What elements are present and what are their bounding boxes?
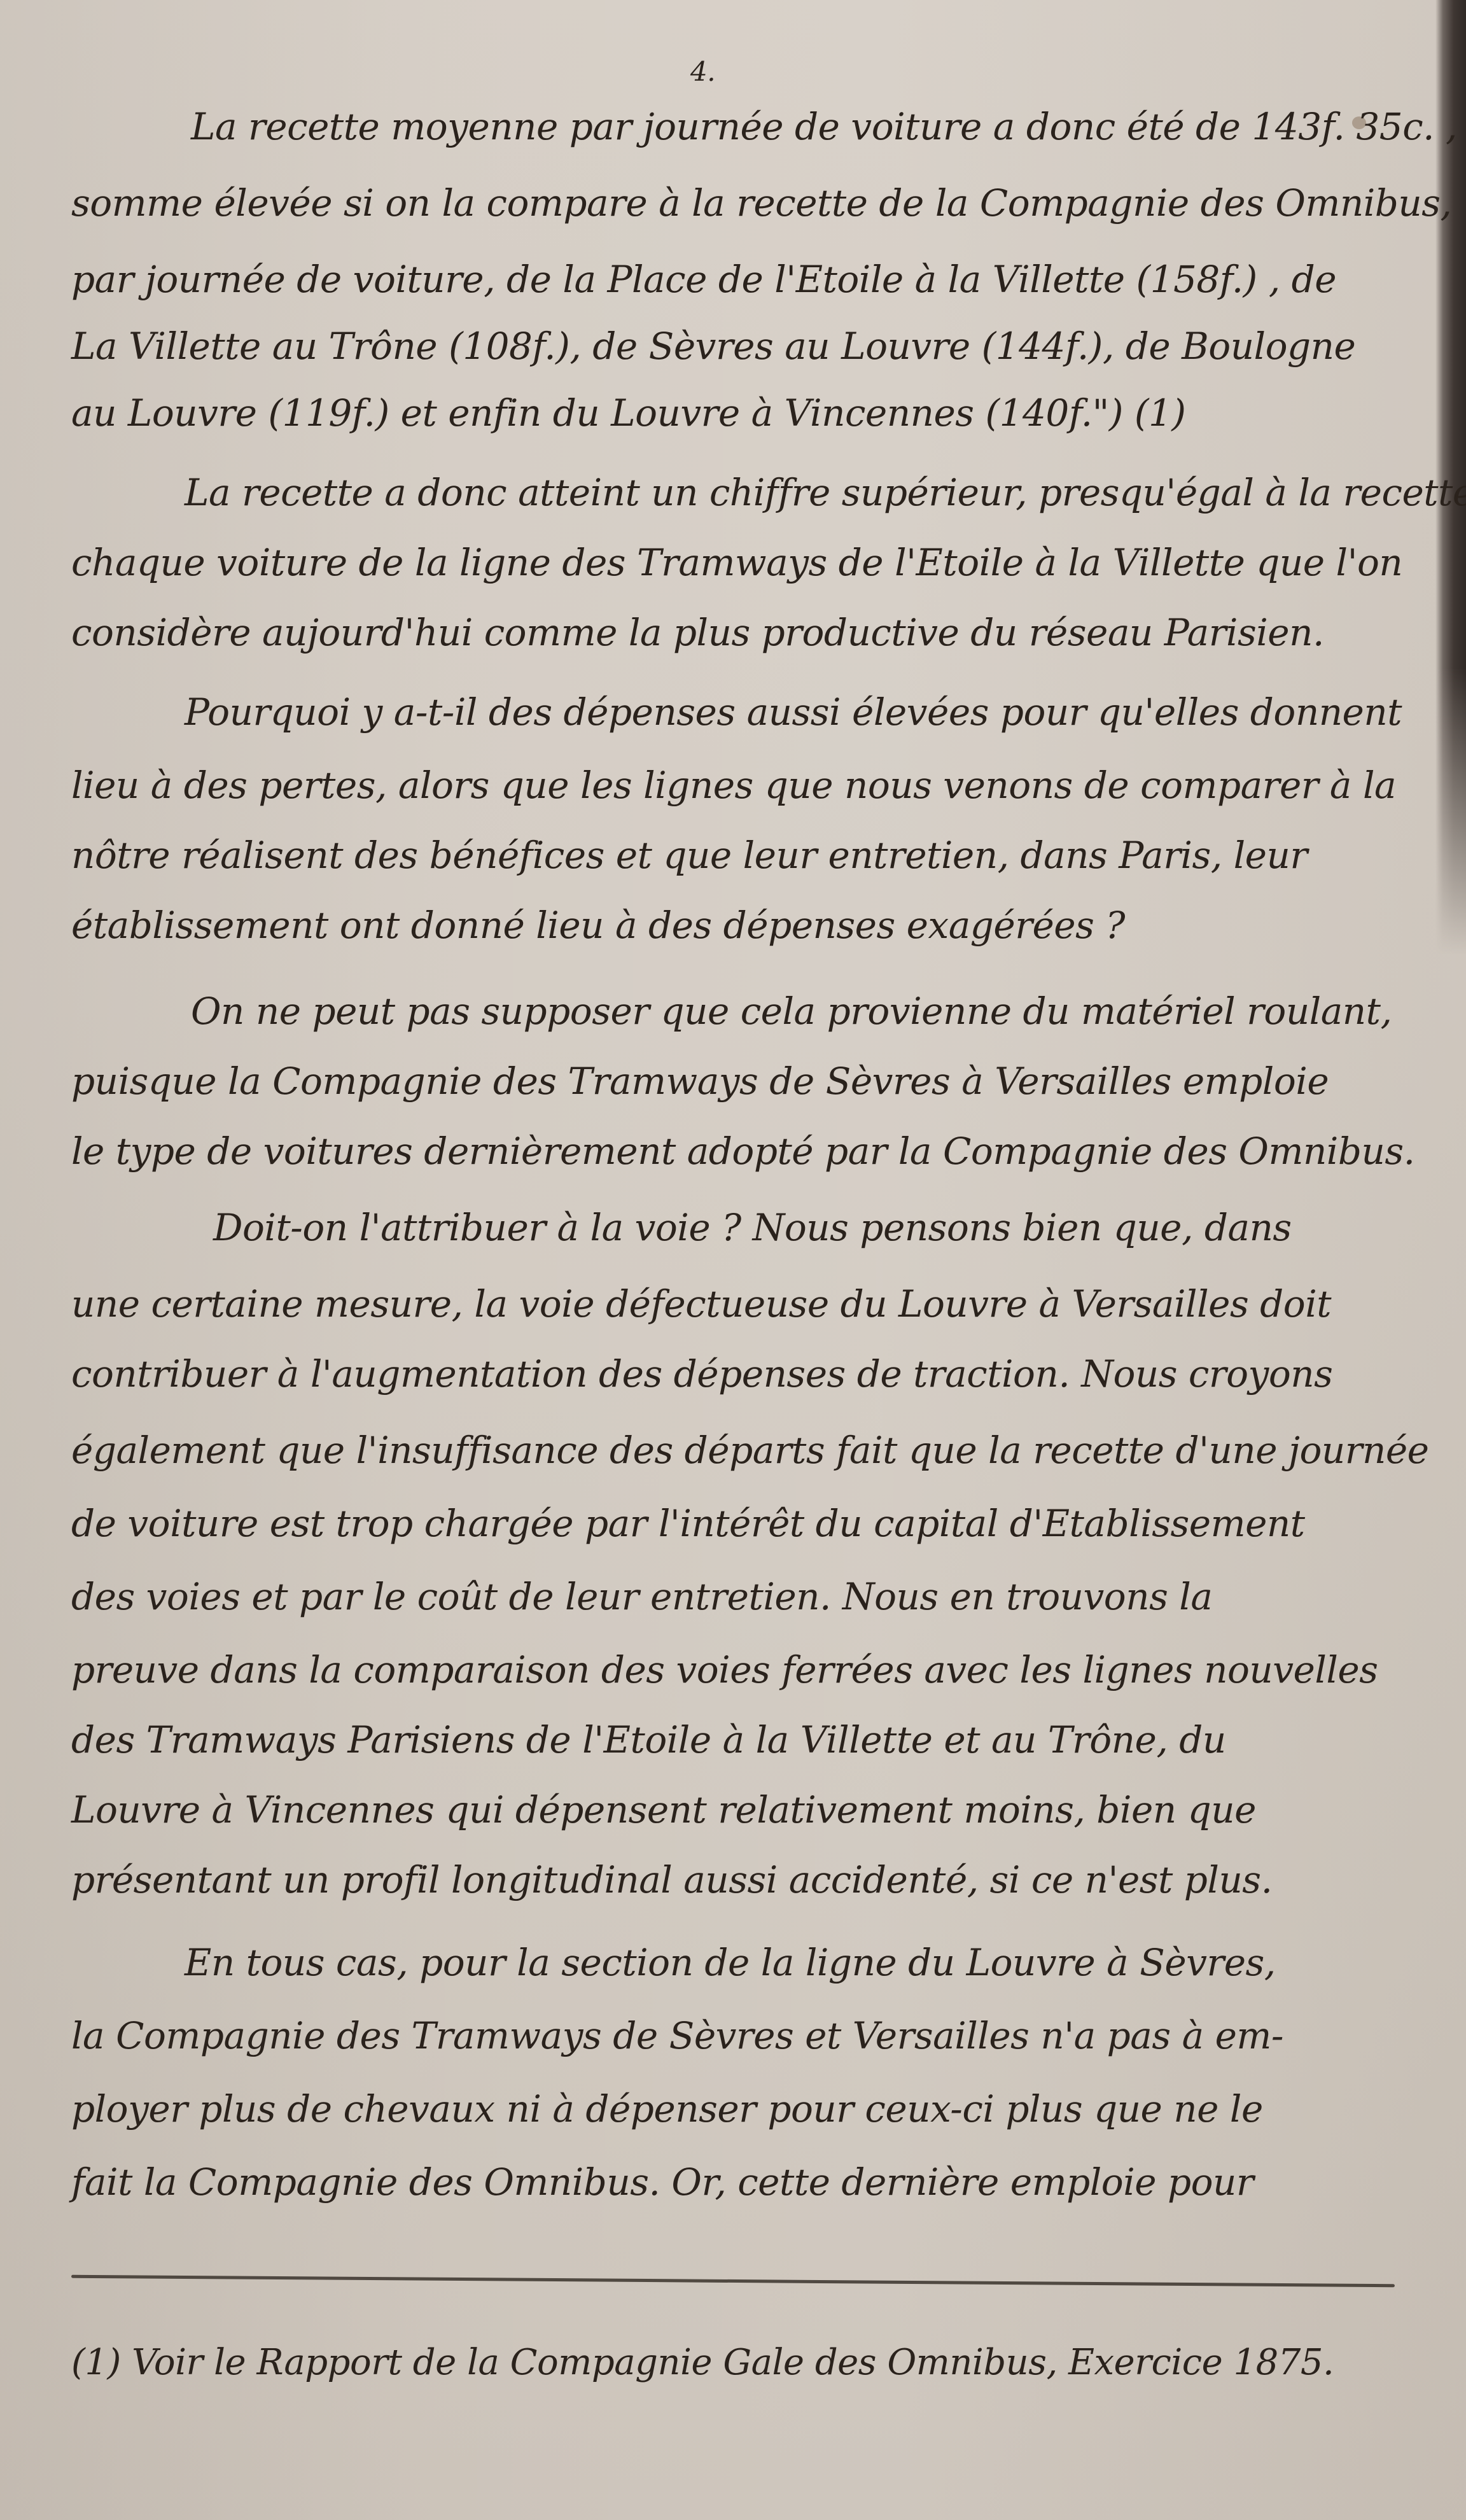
text-line: ployer plus de chevaux ni à dépenser pou…	[71, 2090, 1263, 2127]
text-line: preuve dans la comparaison des voies fer…	[71, 1651, 1378, 1688]
text-line: établissement ont donné lieu à des dépen…	[71, 907, 1125, 944]
page-number: 4.	[690, 56, 715, 87]
text-line: Louvre à Vincennes qui dépensent relativ…	[71, 1791, 1256, 1828]
text-line: des voies et par le coût de leur entreti…	[71, 1578, 1212, 1615]
text-line: la Compagnie des Tramways de Sèvres et V…	[71, 2017, 1283, 2054]
text-line: considère aujourd'hui comme la plus prod…	[71, 614, 1324, 651]
text-line: une certaine mesure, la voie défectueuse…	[71, 1285, 1331, 1322]
text-line: le type de voitures dernièrement adopté …	[71, 1133, 1415, 1170]
text-line: Doit-on l'attribuer à la voie ? Nous pen…	[213, 1209, 1292, 1246]
text-line: par journée de voiture, de la Place de l…	[71, 261, 1336, 298]
text-line: fait la Compagnie des Omnibus. Or, cette…	[71, 2164, 1253, 2201]
text-line: On ne peut pas supposer que cela provien…	[191, 993, 1392, 1030]
text-line: également que l'insuffisance des départs…	[71, 1432, 1428, 1469]
footnote-divider	[71, 2275, 1395, 2288]
text-line: présentant un profil longitudinal aussi …	[71, 1861, 1273, 1898]
text-line: La recette moyenne par journée de voitur…	[191, 108, 1457, 145]
text-line: La Villette au Trône (108f.), de Sèvres …	[71, 328, 1355, 365]
text-line: puisque la Compagnie des Tramways de Sèv…	[71, 1063, 1329, 1100]
text-line: lieu à des pertes, alors que les lignes …	[71, 767, 1396, 804]
text-line: chaque voiture de la ligne des Tramways …	[71, 544, 1402, 581]
text-line: de voiture est trop chargée par l'intérê…	[71, 1505, 1305, 1542]
text-line: des Tramways Parisiens de l'Etoile à la …	[71, 1721, 1226, 1758]
text-line: nôtre réalisent des bénéfices et que leu…	[71, 837, 1308, 874]
manuscript-page: 4. La recette moyenne par journée de voi…	[0, 0, 1466, 2520]
text-line: au Louvre (119f.) et enfin du Louvre à V…	[71, 395, 1186, 431]
text-line: somme élevée si on la compare à la recet…	[71, 185, 1451, 221]
text-line: En tous cas, pour la section de la ligne…	[185, 1944, 1276, 1981]
text-line: La recette a donc atteint un chiffre sup…	[185, 474, 1466, 511]
text-line: contribuer à l'augmentation des dépenses…	[71, 1355, 1332, 1392]
footnote: (1) Voir le Rapport de la Compagnie Gale…	[71, 2342, 1334, 2383]
text-line: Pourquoi y a-t-il des dépenses aussi éle…	[185, 694, 1402, 731]
